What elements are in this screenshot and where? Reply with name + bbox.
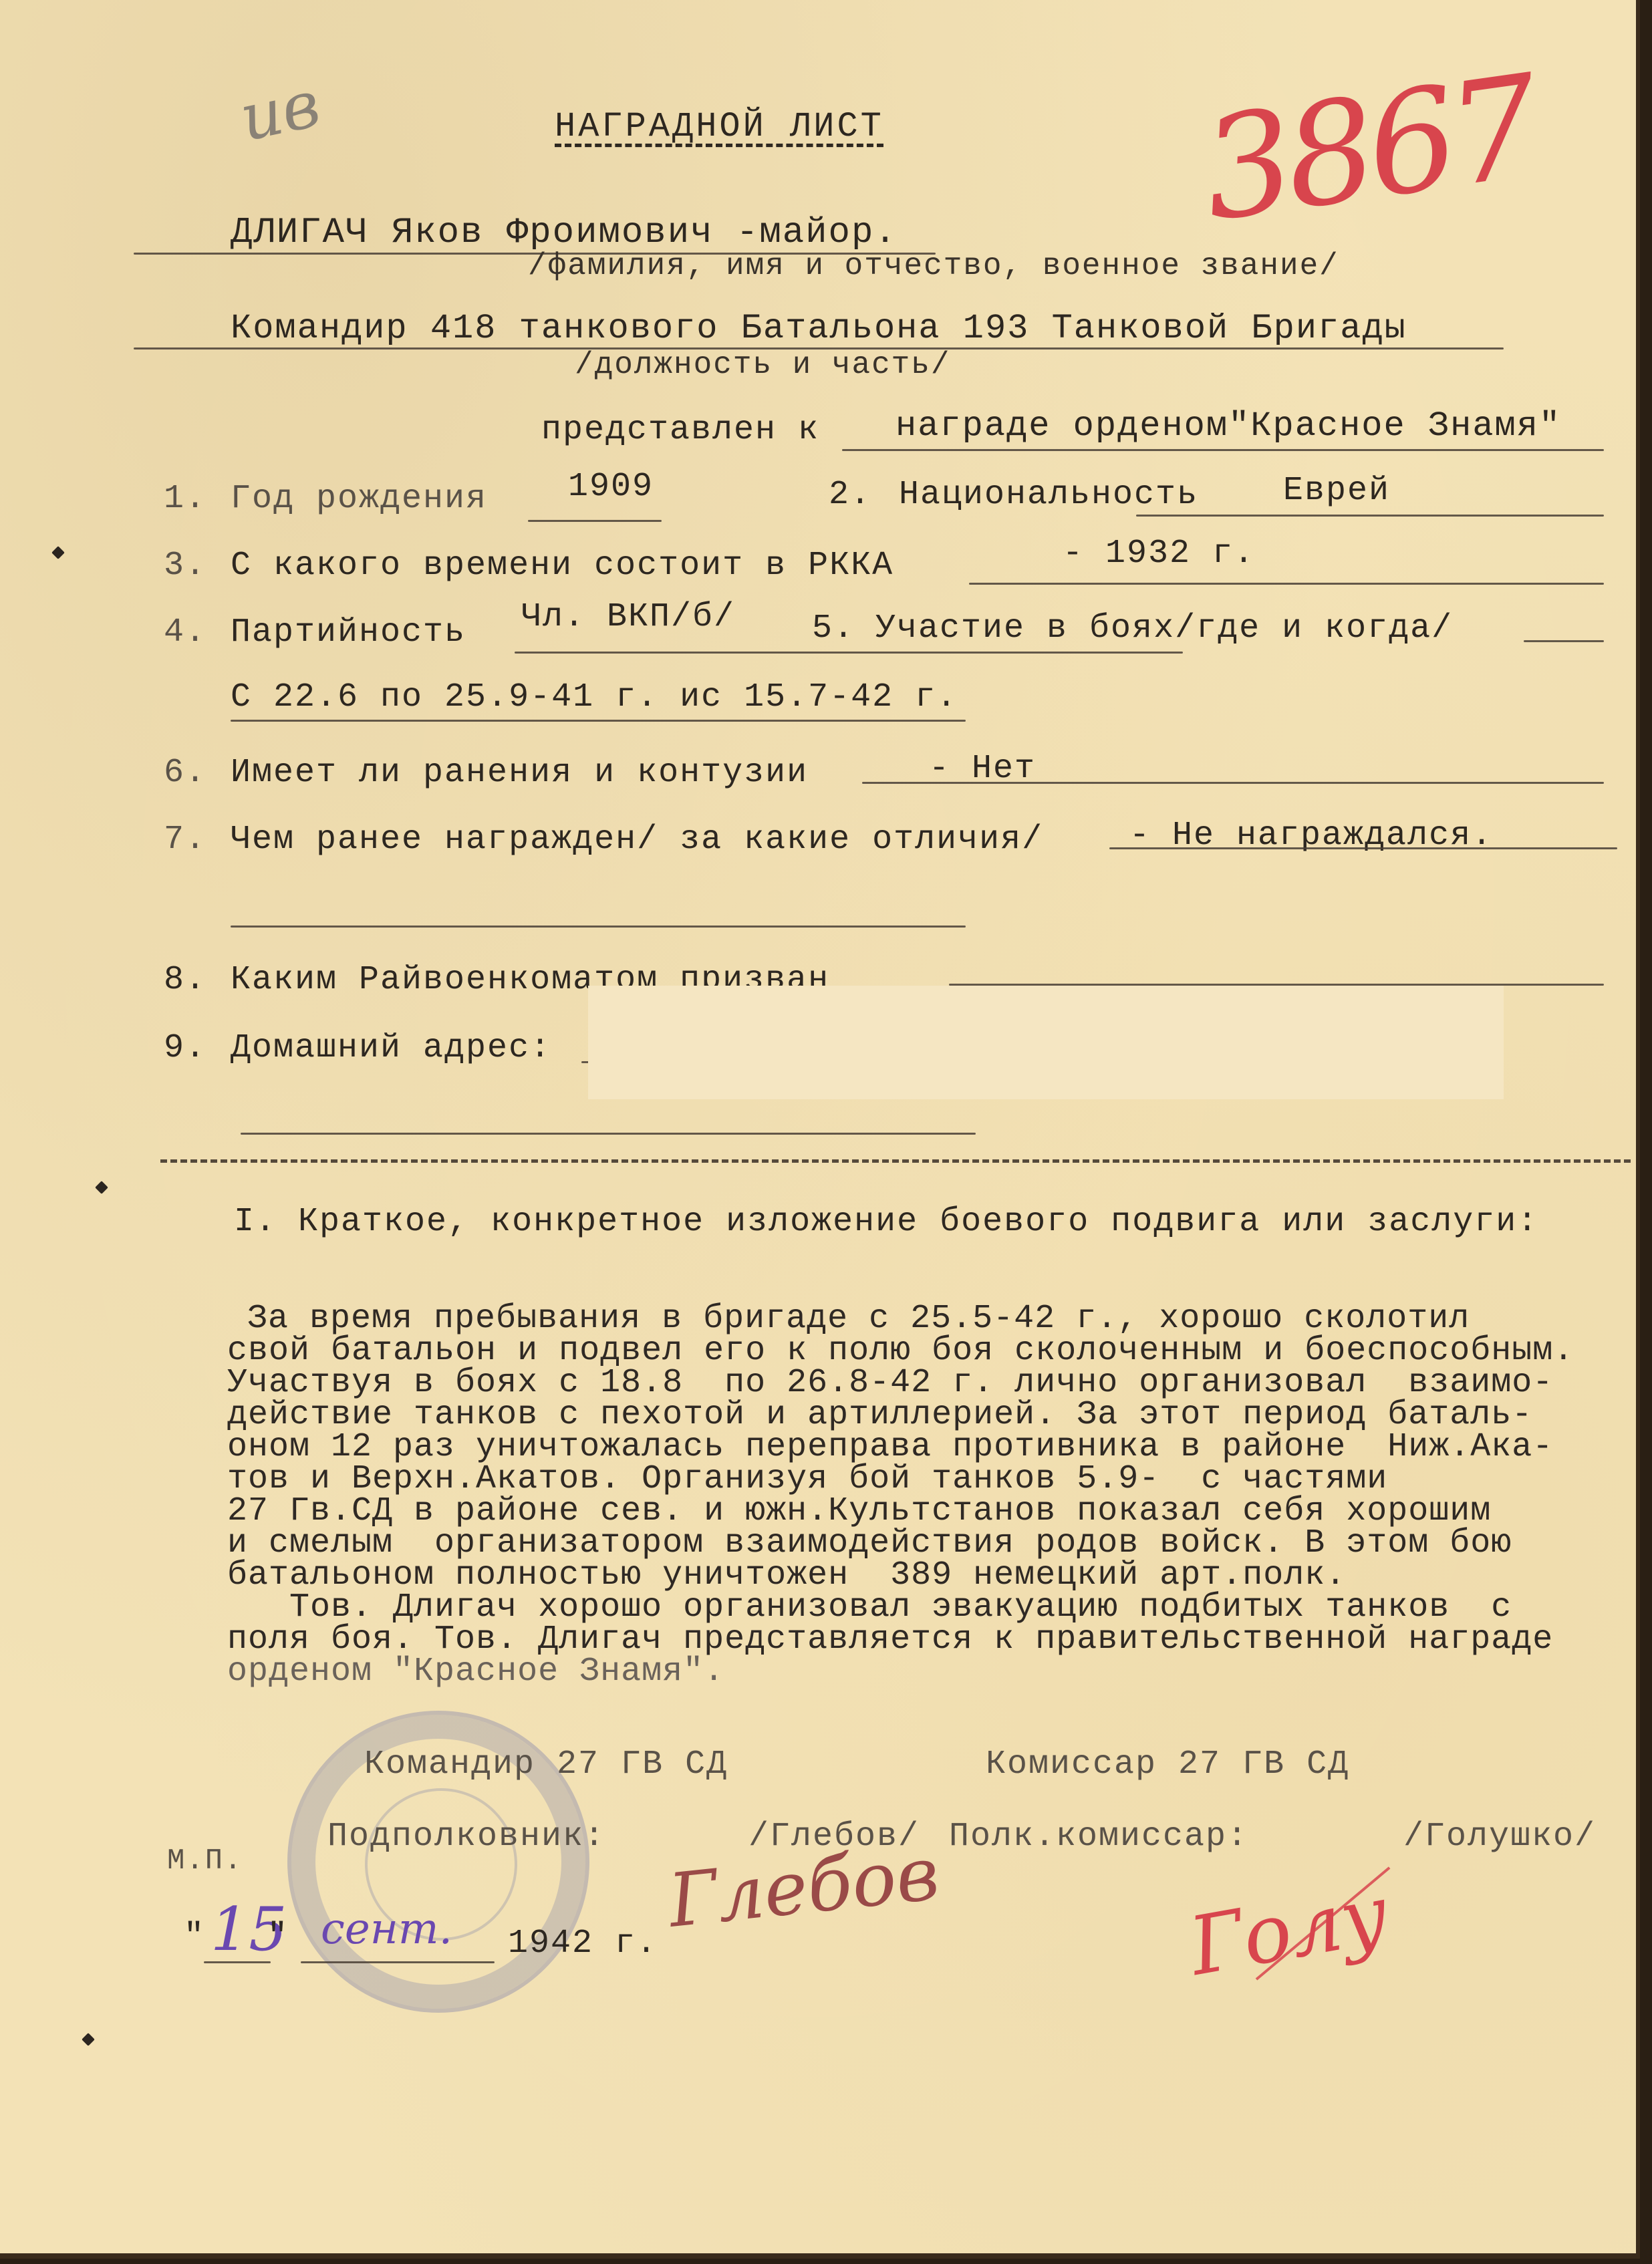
field-8-number: 8. xyxy=(164,961,206,999)
feat-line: и смелым организатором взаимодействия ро… xyxy=(227,1528,1617,1560)
nominated-prefix: представлен к xyxy=(541,411,819,449)
feat-line: орденом "Красное Знамя". xyxy=(227,1656,1617,1688)
field-6-number: 6. xyxy=(164,754,206,792)
edge-mark xyxy=(82,2033,95,2046)
field-4-label: Партийность xyxy=(231,613,466,652)
field-7-label: Чем ранее награжден/ за какие отличия/ xyxy=(231,821,1043,859)
feat-description: За время пребывания в бригаде с 25.5-42 … xyxy=(227,1303,1617,1688)
field-7-number: 7. xyxy=(164,821,206,859)
date-close-quote: " xyxy=(267,1918,289,1956)
commissar-title: Комиссар 27 ГВ СД xyxy=(986,1745,1349,1784)
field-4-underline xyxy=(515,652,1183,654)
nominated-award: награде орденом"Красное Знамя" xyxy=(896,406,1561,446)
date-month-underline xyxy=(301,1961,495,1963)
field-5-number: 5. xyxy=(812,609,855,648)
field-1-number: 1. xyxy=(164,480,206,518)
field-3-number: 3. xyxy=(164,547,206,585)
feat-line: батальоном полностью уничтожен 389 немец… xyxy=(227,1560,1617,1592)
field-7-underline xyxy=(1109,847,1617,849)
field-5-underline xyxy=(1524,640,1604,642)
field-1-value: 1909 xyxy=(568,468,654,506)
commissar-rank: Полк.комиссар: xyxy=(949,1818,1248,1856)
commander-rank: Подполковник: xyxy=(327,1818,605,1856)
field-4-number: 4. xyxy=(164,613,206,652)
field-5-value-underline xyxy=(231,720,966,722)
award-sheet-page: ив 3867 НАГРАДНОЙ ЛИСТ ДЛИГАЧ Яков Фроим… xyxy=(0,0,1640,2259)
field-5-label: Участие в боях/где и когда/ xyxy=(875,609,1453,648)
feat-line: свой батальон и подвел его к полю боя ск… xyxy=(227,1335,1617,1367)
field-3-underline xyxy=(969,583,1604,585)
field-3-label: С какого времени состоит в РККА xyxy=(231,547,893,585)
feat-line: Участвуя в боях с 18.8 по 26.8-42 г. лич… xyxy=(227,1367,1617,1399)
nominated-underline xyxy=(842,449,1604,451)
document-title: НАГРАДНОЙ ЛИСТ xyxy=(555,107,884,146)
position-caption: /должность и часть/ xyxy=(575,347,951,382)
redacted-address-area xyxy=(588,986,1504,1099)
field-2-underline xyxy=(1136,515,1604,517)
date-year: 1942 г. xyxy=(508,1925,658,1963)
feat-line: Тов. Длигач хорошо организовал эвакуацию… xyxy=(227,1592,1617,1624)
blank-line-after-7 xyxy=(231,926,966,928)
section-separator xyxy=(160,1159,1631,1163)
edge-mark xyxy=(51,546,65,559)
field-4-value: Чл. ВКП/б/ xyxy=(521,598,735,636)
person-name: ДЛИГАЧ Яков Фроимович -майор. xyxy=(231,213,898,253)
feat-line: тов и Верхн.Акатов. Организуя бой танков… xyxy=(227,1463,1617,1496)
field-1-underline xyxy=(528,520,662,522)
seal-place-mark: М.П. xyxy=(167,1844,243,1878)
edge-mark xyxy=(95,1181,108,1194)
field-2-label: Национальность xyxy=(899,476,1198,514)
archive-number-handwritten: 3867 xyxy=(1193,45,1543,253)
field-6-underline xyxy=(862,782,1604,784)
field-5-value: С 22.6 по 25.9-41 г. ис 15.7-42 г. xyxy=(231,678,958,716)
feat-line: поля боя. Тов. Длигач представляется к п… xyxy=(227,1624,1617,1656)
feat-line: За время пребывания в бригаде с 25.5-42 … xyxy=(227,1303,1617,1335)
feat-heading: I. Краткое, конкретное изложение боевого… xyxy=(234,1203,1538,1241)
date-open-quote: " xyxy=(184,1918,205,1956)
feat-line: 27 Гв.СД в районе сев. и южн.Культстанов… xyxy=(227,1496,1617,1528)
feat-line: действие танков с пехотой и артиллерией.… xyxy=(227,1399,1617,1431)
blank-line-after-9 xyxy=(241,1133,976,1135)
field-9-number: 9. xyxy=(164,1029,206,1067)
field-6-label: Имеет ли ранения и контузии xyxy=(231,754,808,792)
date-month-handwritten: сент. xyxy=(321,1904,452,1954)
date-day-underline xyxy=(204,1961,271,1963)
field-2-value: Еврей xyxy=(1283,472,1390,510)
field-3-value: - 1932 г. xyxy=(1063,535,1255,573)
field-9-label: Домашний адрес: xyxy=(231,1029,551,1067)
name-caption: /фамилия, имя и отчество, военное звание… xyxy=(528,249,1339,283)
field-1-label: Год рождения xyxy=(231,480,487,518)
commissar-name: /Голушко/ xyxy=(1403,1818,1596,1856)
commander-signature: Глебов xyxy=(664,1830,943,1944)
corner-handwritten-mark: ив xyxy=(234,66,326,156)
commander-title: Командир 27 ГВ СД xyxy=(364,1745,728,1784)
field-2-number: 2. xyxy=(829,476,871,514)
position-value: Командир 418 танкового Батальона 193 Тан… xyxy=(231,309,1407,348)
feat-line: оном 12 раз уничтожалась переправа проти… xyxy=(227,1431,1617,1463)
